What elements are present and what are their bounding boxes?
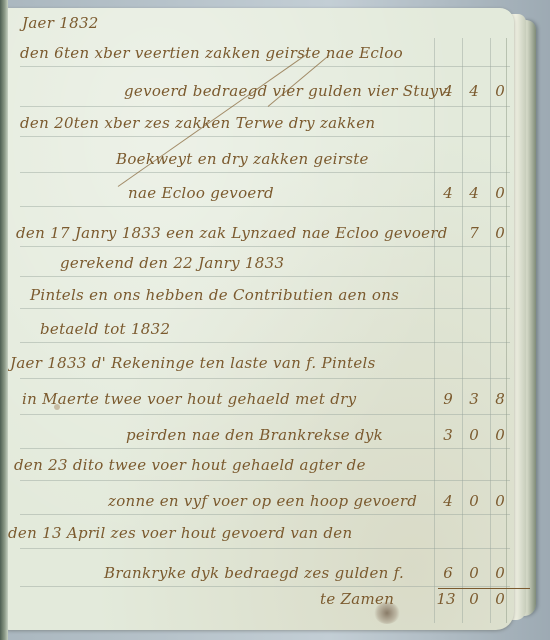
- page-margin-line: [506, 38, 507, 623]
- ruled-line: [20, 378, 510, 379]
- ruled-line: [20, 586, 510, 587]
- ruled-line: [20, 276, 510, 277]
- ruled-line: [20, 206, 510, 207]
- line-entry-6-dec-cont: gevoerd bedraegd vier gulden vier Stuyv.: [124, 82, 451, 100]
- amount-guilders: 9: [438, 390, 458, 408]
- amount-penningen: 0: [490, 564, 510, 582]
- ruled-line: [20, 514, 510, 515]
- amount-penningen: 0: [490, 184, 510, 202]
- ruled-line: [20, 308, 510, 309]
- ruled-line: [20, 548, 510, 549]
- line-year-1833-account: Jaer 1833 d' Rekeninge ten laste van f. …: [10, 354, 376, 372]
- amount-stuivers: 4: [464, 82, 484, 100]
- line-entry-17-jan: den 17 Janry 1833 een zak Lynzaed nae Ec…: [16, 224, 448, 242]
- line-entry-23-ditto: den 23 dito twee voer hout gehaeld agter…: [14, 456, 366, 474]
- amount-guilders: 3: [438, 426, 458, 444]
- line-entry-20-dec: den 20ten xber zes zakken Terwe dry zakk…: [20, 114, 375, 132]
- ledger-page: Jaer 1832 den 6ten xber veertien zakken …: [6, 8, 514, 630]
- amount-penningen: 0: [490, 224, 510, 242]
- amount-stuivers: 0: [464, 492, 484, 510]
- ruled-line: [20, 172, 510, 173]
- amount-penningen: 0: [490, 492, 510, 510]
- line-entry-20-dec-cont1: Boekweyt en dry zakken geirste: [116, 150, 369, 168]
- line-paid-until-1832: betaeld tot 1832: [40, 320, 170, 338]
- line-entry-march: in Maerte twee voer hout gehaeld met dry: [22, 390, 356, 408]
- amount-guilders: 4: [438, 492, 458, 510]
- total-penningen: 0: [490, 590, 510, 608]
- amount-stuivers: 0: [464, 426, 484, 444]
- column-line-penningen: [490, 38, 491, 623]
- line-year-1832: Jaer 1832: [22, 14, 99, 32]
- paper-spot: [54, 404, 60, 410]
- line-entry-20-dec-cont2: nae Ecloo gevoerd: [128, 184, 274, 202]
- amount-stuivers: 4: [464, 184, 484, 202]
- book-binding: [0, 0, 8, 640]
- line-contributions: Pintels en ons hebben de Contributien ae…: [30, 286, 399, 304]
- ruled-line: [20, 66, 510, 67]
- total-underline: [438, 588, 530, 589]
- ruled-line: [20, 136, 510, 137]
- amount-guilders: 4: [438, 82, 458, 100]
- column-line-guilders: [434, 38, 435, 623]
- line-entry-13-april: den 13 April zes voer hout gevoerd van d…: [8, 524, 352, 542]
- ink-stain: [374, 602, 400, 624]
- amount-guilders: 4: [438, 184, 458, 202]
- amount-stuivers: 0: [464, 564, 484, 582]
- ruled-line: [20, 480, 510, 481]
- amount-stuivers: 3: [464, 390, 484, 408]
- column-line-stuivers: [462, 38, 463, 623]
- amount-penningen: 0: [490, 82, 510, 100]
- line-reckoned-22-jan: gerekend den 22 Janry 1833: [60, 254, 284, 272]
- ruled-line: [20, 448, 510, 449]
- amount-penningen: 8: [490, 390, 510, 408]
- line-entry-23-ditto-cont: zonne en vyf voer op een hoop gevoerd: [108, 492, 417, 510]
- ruled-line: [20, 414, 510, 415]
- total-stuivers: 0: [464, 590, 484, 608]
- ruled-line: [20, 342, 510, 343]
- total-guilders: 13: [432, 590, 460, 608]
- line-entry-march-cont: peirden nae den Brankrekse dyk: [126, 426, 383, 444]
- amount-penningen: 0: [490, 426, 510, 444]
- amount-guilders: 6: [438, 564, 458, 582]
- amount-stuivers: 7: [464, 224, 484, 242]
- ruled-line: [20, 106, 510, 107]
- line-entry-13-april-cont: Brankryke dyk bedraegd zes gulden f.: [104, 564, 404, 582]
- ruled-line: [20, 246, 510, 247]
- line-entry-6-dec: den 6ten xber veertien zakken geirste na…: [20, 44, 403, 62]
